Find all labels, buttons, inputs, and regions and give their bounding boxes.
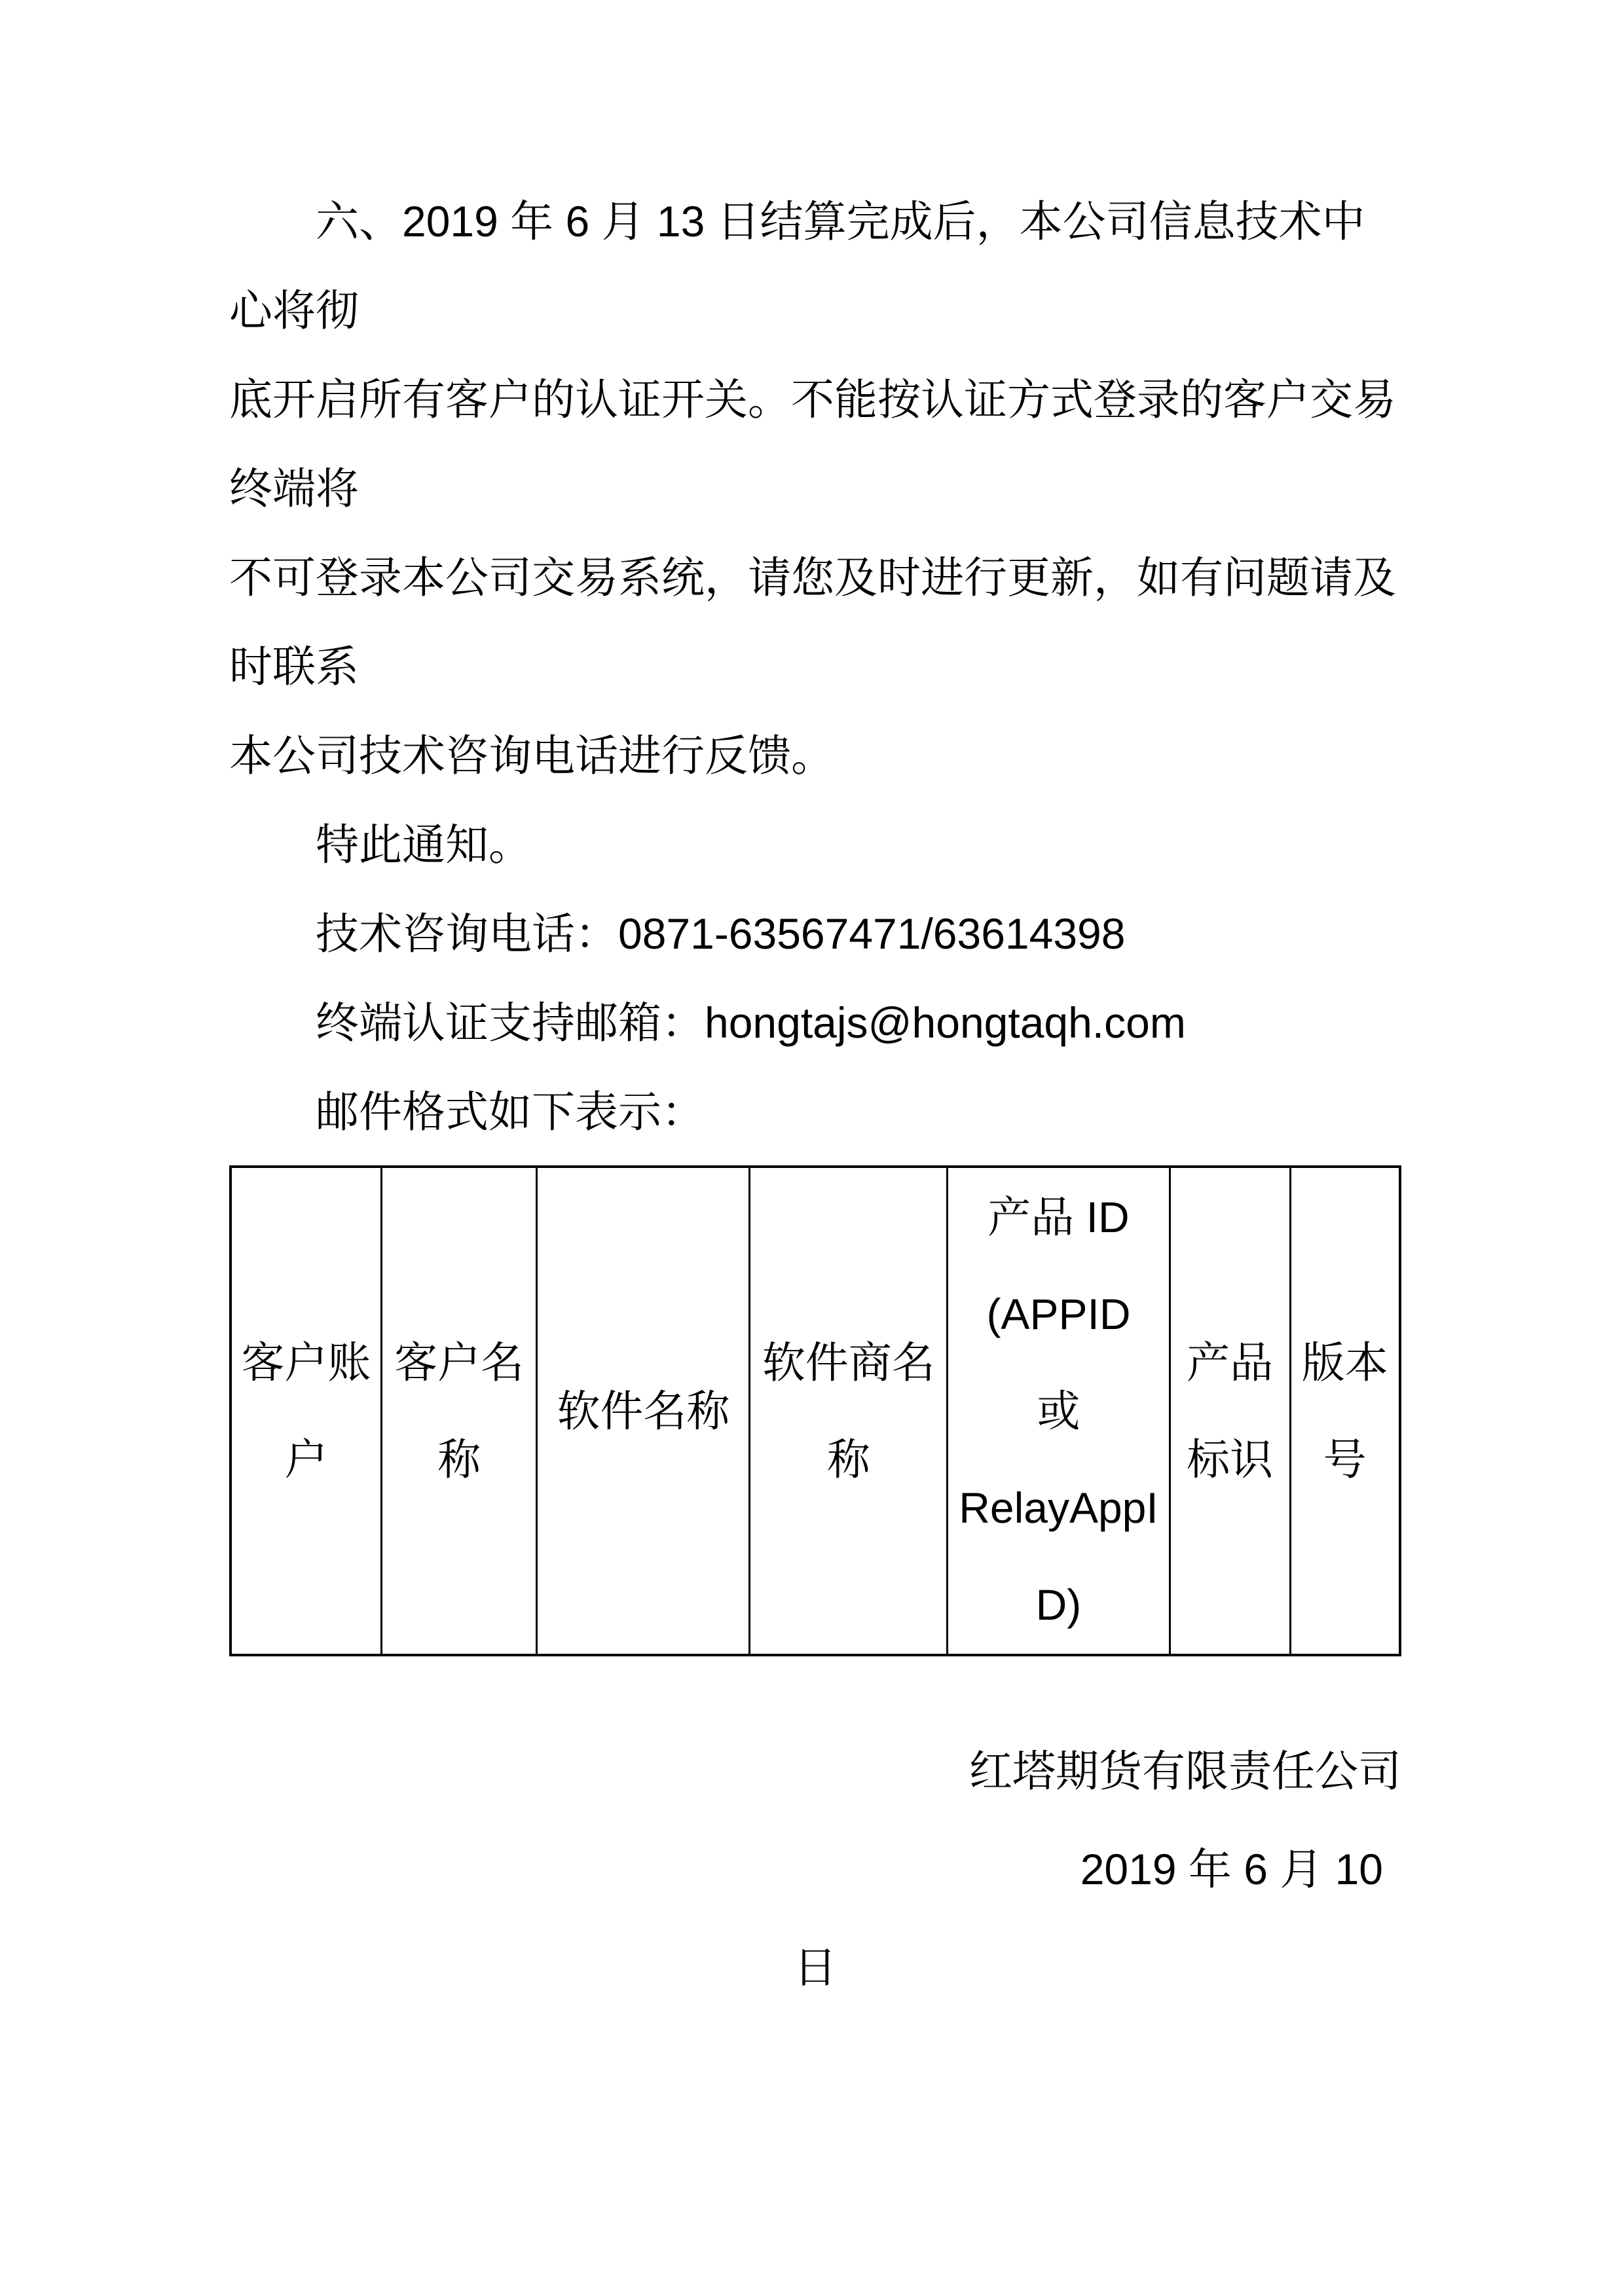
body-paragraph-line-2: 底开启所有客户的认证开关。不能按认证方式登录的客户交易终端将 [229,355,1401,533]
body-paragraph-line-3: 不可登录本公司交易系统，请您及时进行更新，如有问题请及时联系 [229,533,1401,711]
header-cell-version-number: 版本 号 [1290,1167,1400,1655]
signature-date-line2: 日 [229,1918,1401,2016]
signature-company: 红塔期货有限责任公司 [229,1722,1401,1820]
email-format-table: 客户账 户 客户名 称 软件名称 软件商名 称 产品 ID (APPID 或 R… [229,1165,1401,1656]
header-cell-customer-account: 客户账 户 [231,1167,381,1655]
header-cell-customer-name: 客户名 称 [381,1167,537,1655]
header-cell-product-id: 产品 ID (APPID 或 RelayAppI D) [948,1167,1170,1655]
header-cell-software-name: 软件名称 [537,1167,750,1655]
signature-date-line1: 2019 年 6 月 10 [229,1820,1401,1918]
body-paragraph-line-4: 本公司技术咨询电话进行反馈。 [229,711,1401,800]
body-paragraph: 六、2019 年 6 月 13 日结算完成后，本公司信息技术中心将彻 底开启所有… [229,177,1401,800]
body-paragraph-line-1: 六、2019 年 6 月 13 日结算完成后，本公司信息技术中心将彻 [229,177,1401,355]
header-cell-product-mark: 产品 标识 [1170,1167,1290,1655]
phone-line: 技术咨询电话：0871-63567471/63614398 [229,889,1401,978]
notice-page: 六、2019 年 6 月 13 日结算完成后，本公司信息技术中心将彻 底开启所有… [0,0,1624,2296]
notice-line: 特此通知。 [229,800,1401,889]
table-header-row: 客户账 户 客户名 称 软件名称 软件商名 称 产品 ID (APPID 或 R… [231,1167,1400,1655]
signature-block: 红塔期货有限责任公司 2019 年 6 月 10 日 [229,1722,1401,2016]
email-line: 终端认证支持邮箱：hongtajs@hongtaqh.com [229,978,1401,1067]
table-intro-line: 邮件格式如下表示： [229,1067,1401,1156]
header-cell-software-vendor-name: 软件商名 称 [750,1167,948,1655]
